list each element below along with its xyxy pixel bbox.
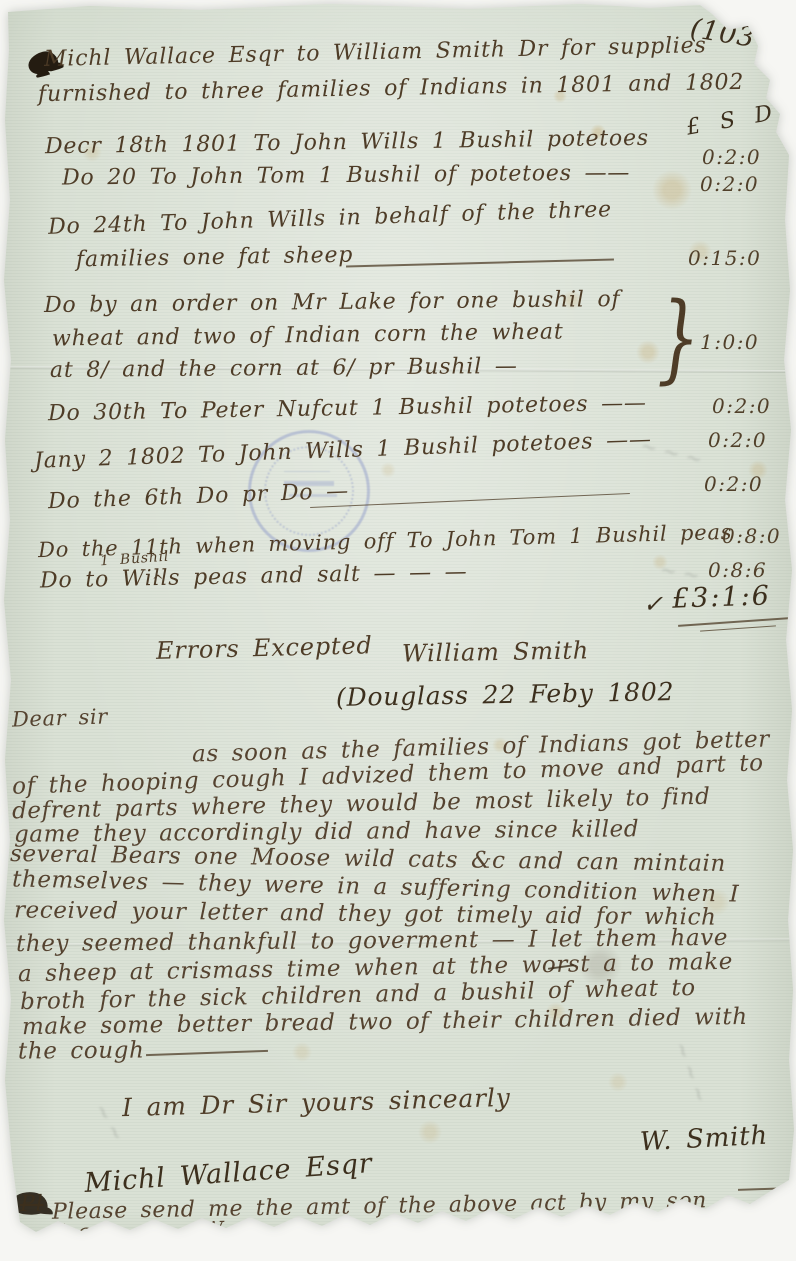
postscript-line-2: Isaac — — W. S. [56, 1219, 263, 1245]
account-row-1-amount: 0:2:0 [702, 147, 761, 167]
account-row-4-amount: 1:0:0 [700, 332, 759, 352]
account-row-9: Do to Wills peas and salt — — — [40, 562, 468, 593]
letter-line-12: the cough [18, 1039, 145, 1063]
postscript-struck: Pl [20, 1194, 43, 1216]
account-row-5: Do 30th To Peter Nufcut 1 Bushil potetoe… [48, 393, 647, 425]
account-row-6-amount: 0:2:0 [708, 430, 767, 450]
total-amount: £3:1:6 [672, 582, 772, 612]
valediction: I am Dr Sir yours sincearly [122, 1085, 511, 1120]
paper-sheet: ~ ~ ~ ~ ~ ~ ~ ~ ~ ~ (103 Michl Wallace E… [0, 0, 796, 1261]
addressee: Michl Wallace Esqr [83, 1150, 373, 1197]
dash-stroke [346, 258, 614, 267]
account-row-1: Decr 18th 1801 To John Wills 1 Bushil po… [45, 128, 649, 158]
account-row-7-amount: 0:2:0 [704, 474, 763, 494]
place-date-line: (Douglass 22 Feby 1802 [336, 679, 675, 710]
account-row-2-amount: 0:2:0 [700, 174, 759, 194]
signature-flourish [738, 1187, 790, 1191]
william-smith-signature: William Smith [402, 638, 589, 665]
account-row-8-amount: 0:8:0 [722, 526, 781, 546]
salutation: Dear sir [12, 706, 109, 730]
grouping-brace: } [657, 290, 700, 386]
manuscript-scan: ~ ~ ~ ~ ~ ~ ~ ~ ~ ~ (103 Michl Wallace E… [0, 0, 796, 1261]
total-checkmark: ✓ [643, 592, 664, 616]
dash-stroke [146, 1050, 268, 1056]
doc-title-line1: Michl Wallace Esqr to William Smith Dr f… [44, 35, 707, 71]
total-underline-2 [700, 625, 776, 631]
account-row-3-line1: Do 24th To John Wills in behalf of the t… [48, 199, 612, 239]
account-row-4-line1: Do by an order on Mr Lake for one bushil… [44, 289, 621, 317]
errors-excepted-label: Errors Excepted [156, 633, 373, 663]
account-row-2: Do 20 To John Tom 1 Bushil of potetoes —… [62, 163, 630, 190]
account-row-3-line2: families one fat sheep [76, 245, 354, 272]
account-row-4-line3: at 8/ and the corn at 6/ pr Bushil — [50, 356, 518, 382]
account-row-3-amount: 0:15:0 [688, 248, 761, 268]
account-row-9-amount: 0:8:6 [708, 560, 767, 580]
ink-showthrough: ~ ~ ~ [669, 1038, 713, 1105]
account-row-4-line2: wheat and two of Indian corn the wheat [52, 321, 564, 350]
account-row-5-amount: 0:2:0 [712, 396, 771, 416]
currency-column-header: £ S D [685, 102, 778, 139]
doc-title-line2: furnished to three families of Indians i… [38, 72, 744, 106]
w-smith-signature: W. Smith [639, 1123, 768, 1156]
